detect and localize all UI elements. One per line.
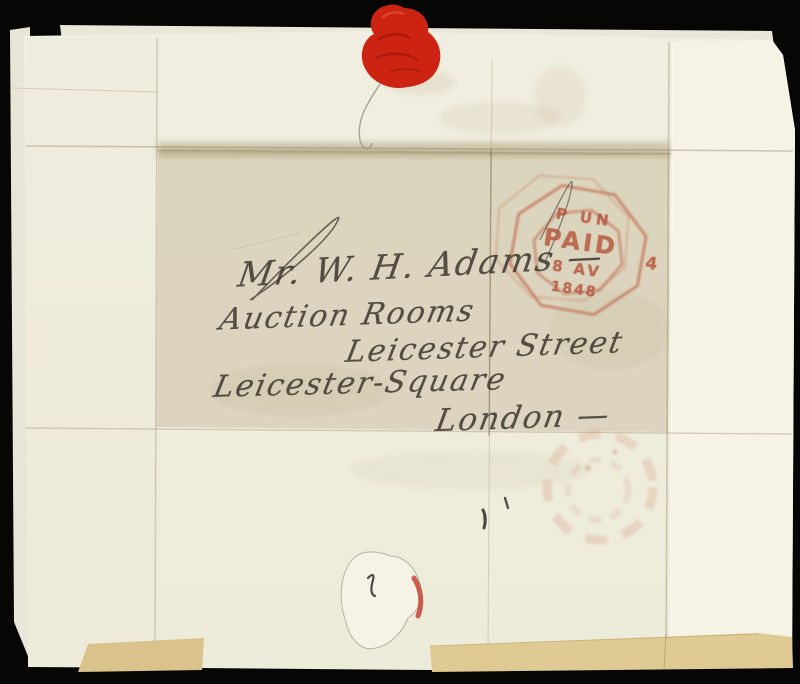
stain xyxy=(534,66,586,126)
letter-left-panel xyxy=(26,36,160,666)
letter-photo-scene: Mr. W. H. Adams — Auction Rooms Leiceste… xyxy=(0,0,800,684)
letter-right-panel xyxy=(670,40,795,666)
postmark-side-digit: 4 xyxy=(644,253,659,274)
address-line-city: London — xyxy=(433,397,614,439)
